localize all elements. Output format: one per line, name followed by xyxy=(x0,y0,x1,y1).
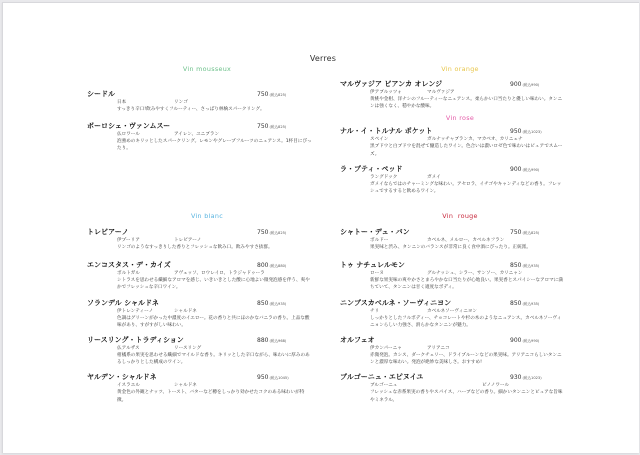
section-heading-rouge: Vin rouge xyxy=(340,212,580,221)
wine-description: シトラスを思わせる繊細なアロマを感じ、いきいきとした酸に心地よい微発泡感を伴う、… xyxy=(117,277,312,291)
wine-origin: 伊アブルッツォ xyxy=(370,90,402,95)
price-tax: (税込968) xyxy=(269,339,286,343)
price-tax: (税込990) xyxy=(522,168,539,172)
wine-item: トゥ ナチュレルモン 850(税込935) ローヌグルナッシュ、シラー、サンソー… xyxy=(340,260,580,291)
wine-description: 柑橘系の果実を思わせる繊細でマイルドな香り。キリッとした辛口ながら、味わいに厚み… xyxy=(117,352,312,366)
wine-grape: カベルネ、メルロー、カベルネフラン xyxy=(427,237,504,244)
wine-description: 黄金色の外観とナッツ、トースト、バターなど樽をしっかり効かせたコクのある味わいが… xyxy=(117,389,312,403)
wine-origin: 仏ロワール xyxy=(117,132,140,137)
price-value: 750 xyxy=(257,229,268,236)
wine-name: ブルゴーニュ・エピヌイユ xyxy=(340,372,423,382)
price-tax: (税込1023) xyxy=(522,130,541,134)
wine-description: フレッシュな赤系果実の香りやスパイス、ハーブなどの香り。細かいタンニンとピュアな… xyxy=(370,389,565,403)
wine-description: 果実味と渋み、タンニンのバランスが非常に良く食中酒にぴったり。正統派。 xyxy=(370,244,565,251)
wine-origin: イスラエル xyxy=(117,383,140,388)
wine-grape: リンゴ xyxy=(174,99,188,106)
wine-grape: ピノノワール xyxy=(482,382,509,389)
wine-origin: チリ xyxy=(370,309,379,314)
wine-origin: 日本 xyxy=(117,100,126,105)
price-tax: (税込935) xyxy=(522,264,539,268)
wine-origin: 伊トレンティーノ xyxy=(117,309,153,314)
wine-item: リースリング・トラディション 880(税込968) 仏アルザスリースリング 柑橘… xyxy=(87,335,327,366)
wine-description: 赤微発泡。カシス、ダークチェリー、ドライプルーンなどの果実味。アリアニコらしいタ… xyxy=(370,352,565,366)
wine-name: ソランデル シャルドネ xyxy=(87,298,159,308)
left-column-blanc: Vin blanc トレビアーノ 750(税込825) 伊プーリアトレビアーノ … xyxy=(87,212,327,404)
wine-grape: リースリング xyxy=(174,345,201,352)
wine-origin: ブルゴーニュ xyxy=(370,383,397,388)
price-tax: (税込825) xyxy=(269,231,286,235)
wine-item: シャトー・デュ・バン 750(税込825) ボルドーカベルネ、メルロー、カベルネ… xyxy=(340,227,580,251)
wine-item: ボーロシェ・ヴァンムスー 750(税込825) 仏ロワールアイレン、ユニブラン … xyxy=(87,121,327,152)
wine-origin: ボルドー xyxy=(370,238,388,243)
wine-name: シャトー・デュ・バン xyxy=(340,227,410,237)
wine-description: しっかりとしたフルボディー、チョコレートや杉の木のようなニュアンス。カベルネソー… xyxy=(370,315,565,329)
wine-name: ナル・イ・トルナル ポケット xyxy=(340,126,432,136)
price-value: 950 xyxy=(510,128,521,135)
wine-item: ラ・プティ・ペッド 900(税込990) ラングドックガメイ ガメイならではのチ… xyxy=(340,164,580,195)
price-tax: (税込990) xyxy=(522,339,539,343)
section-heading-rose: Vin rose xyxy=(340,114,580,123)
left-column: Vin mousseux シードル 750(税込825) 日本リンゴ すっきり辛… xyxy=(87,65,327,153)
price-tax: (税込825) xyxy=(269,93,286,97)
wine-grape: マルヴァジア xyxy=(427,89,455,96)
wine-item: ソランデル シャルドネ 850(税込935) 伊トレンティーノシャルドネ 色調は… xyxy=(87,298,327,329)
price-tax: (税込1045) xyxy=(269,376,288,380)
menu-page: Verres Vin mousseux シードル 750(税込825) 日本リン… xyxy=(2,2,639,453)
wine-item: トレビアーノ 750(税込825) 伊プーリアトレビアーノ リンゴのようなすっき… xyxy=(87,227,327,251)
wine-name: トゥ ナチュレルモン xyxy=(340,260,405,270)
price-value: 750 xyxy=(257,123,268,130)
wine-description: すっきり辛口!飲みやすくフルーティー、さっぱり林檎スパークリング。 xyxy=(117,106,312,113)
wine-origin: ラングドック xyxy=(370,175,397,180)
wine-item: ブルゴーニュ・エピヌイユ 930(税込1023) ブルゴーニュピノノワール フレ… xyxy=(340,372,580,403)
section-heading-blanc: Vin blanc xyxy=(87,212,327,221)
wine-name: ヤルデン・シャルドネ xyxy=(87,372,157,382)
wine-origin: 伊プーリア xyxy=(117,238,140,243)
price-tax: (税込935) xyxy=(269,302,286,306)
wine-name: エンコスタス・デ・カイズ xyxy=(87,260,171,270)
wine-name: マルヴァジア ビアンカ オレンジ xyxy=(340,79,442,89)
wine-item: ヤルデン・シャルドネ 950(税込1045) イスラエルシャルドネ 黄金色の外観… xyxy=(87,372,327,403)
wine-description: 黄桃や金柑、洋ナシのフルーティーなニュアンス。柔らかい口当たりと優しい味わい。タ… xyxy=(370,96,565,110)
price-tax: (税込880) xyxy=(269,264,286,268)
wine-description: 色調はグリーンがかった中濃度のイエロー。花の香りと共にほのかなバニラの香り。上品… xyxy=(117,315,312,329)
wine-item: ニンブスカベルネ・ソーヴィニヨン 850(税込935) チリカベルネソーヴィニヨ… xyxy=(340,298,580,329)
wine-origin: ポルトガル xyxy=(117,271,140,276)
wine-grape: アイレン、ユニブラン xyxy=(174,131,219,138)
price-tax: (税込935) xyxy=(522,302,539,306)
wine-description: 泡強めのキリッとしたスパークリング。レモンやグレープフルーツのニュアンス。1杯目… xyxy=(117,138,312,152)
wine-description: リンゴのようなすっきりした香りとフレッシュな飲み口。飲みやすさ抜群。 xyxy=(117,244,312,251)
price-value: 750 xyxy=(510,229,521,236)
wine-name: シードル xyxy=(87,89,115,99)
right-column: Vin orange マルヴァジア ビアンカ オレンジ 900(税込990) 伊… xyxy=(340,65,580,195)
wine-grape: アリアニコ xyxy=(427,345,450,352)
wine-name: リースリング・トラディション xyxy=(87,335,184,345)
wine-description: ガメイならではのチャーミングな味わい。アセロラ、イチゴやキャンディなどの香り。フ… xyxy=(370,181,565,195)
wine-name: ボーロシェ・ヴァンムスー xyxy=(87,121,170,131)
wine-origin: ローヌ xyxy=(370,271,384,276)
wine-item: オルフェオ 900(税込990) 伊カンパーニャアリアニコ 赤微発泡。カシス、ダ… xyxy=(340,335,580,366)
price-value: 900 xyxy=(510,166,521,173)
price-value: 750 xyxy=(257,91,268,98)
price-value: 900 xyxy=(510,337,521,344)
wine-description: 黒ブドウと白ブドウを混ぜて醸造したワイン。色合いは濃いロゼ色で味わいはピュアでス… xyxy=(370,143,565,157)
price-value: 930 xyxy=(510,374,521,381)
price-tax: (税込825) xyxy=(269,125,286,129)
price-value: 880 xyxy=(257,337,268,344)
wine-item: マルヴァジア ビアンカ オレンジ 900(税込990) 伊アブルッツォマルヴァジ… xyxy=(340,79,580,110)
wine-grape: トレビアーノ xyxy=(174,237,201,244)
price-tax: (税込1023) xyxy=(522,376,541,380)
price-tax: (税込990) xyxy=(522,83,539,87)
page-title: Verres xyxy=(3,54,640,63)
wine-name: オルフェオ xyxy=(340,335,375,345)
wine-grape: シャルドネ xyxy=(174,382,197,389)
wine-grape: ガルナッチャブランカ、マカベオ、カリニェナ xyxy=(427,136,523,143)
section-heading-orange: Vin orange xyxy=(340,65,580,74)
section-heading-mousseux: Vin mousseux xyxy=(87,65,327,74)
price-tax: (税込825) xyxy=(522,231,539,235)
wine-grape: カベルネソーヴィニヨン xyxy=(427,308,477,315)
wine-item: ナル・イ・トルナル ポケット 950(税込1023) スペインガルナッチャブラン… xyxy=(340,126,580,157)
wine-name: ラ・プティ・ペッド xyxy=(340,164,402,174)
right-column-rouge: Vin rouge シャトー・デュ・バン 750(税込825) ボルドーカベルネ… xyxy=(340,212,580,404)
wine-origin: 仏アルザス xyxy=(117,346,140,351)
wine-item: エンコスタス・デ・カイズ 800(税込880) ポルトガルアヴェッソ、ロウレイロ… xyxy=(87,260,327,291)
price-value: 800 xyxy=(257,262,268,269)
wine-name: ニンブスカベルネ・ソーヴィニヨン xyxy=(340,298,451,308)
price-value: 850 xyxy=(510,300,521,307)
wine-grape: シャルドネ xyxy=(174,308,197,315)
wine-item: シードル 750(税込825) 日本リンゴ すっきり辛口!飲みやすくフルーティー… xyxy=(87,89,327,113)
wine-grape: グルナッシュ、シラー、サンソー、カリニャン xyxy=(427,270,522,277)
price-value: 950 xyxy=(257,374,268,381)
price-value: 850 xyxy=(510,262,521,269)
price-value: 900 xyxy=(510,81,521,88)
wine-name: トレビアーノ xyxy=(87,227,129,237)
wine-grape: ガメイ xyxy=(427,174,441,181)
wine-origin: スペイン xyxy=(370,137,388,142)
wine-description: 新鮮な果実味の爽やかさとまろやかな口当たりが心地良い。果実香とスパイシーなアロマ… xyxy=(370,277,565,291)
wine-grape: アヴェッソ、ロウレイロ、トラジャドゥーラ xyxy=(174,270,265,277)
wine-origin: 伊カンパーニャ xyxy=(370,346,402,351)
price-value: 850 xyxy=(257,300,268,307)
